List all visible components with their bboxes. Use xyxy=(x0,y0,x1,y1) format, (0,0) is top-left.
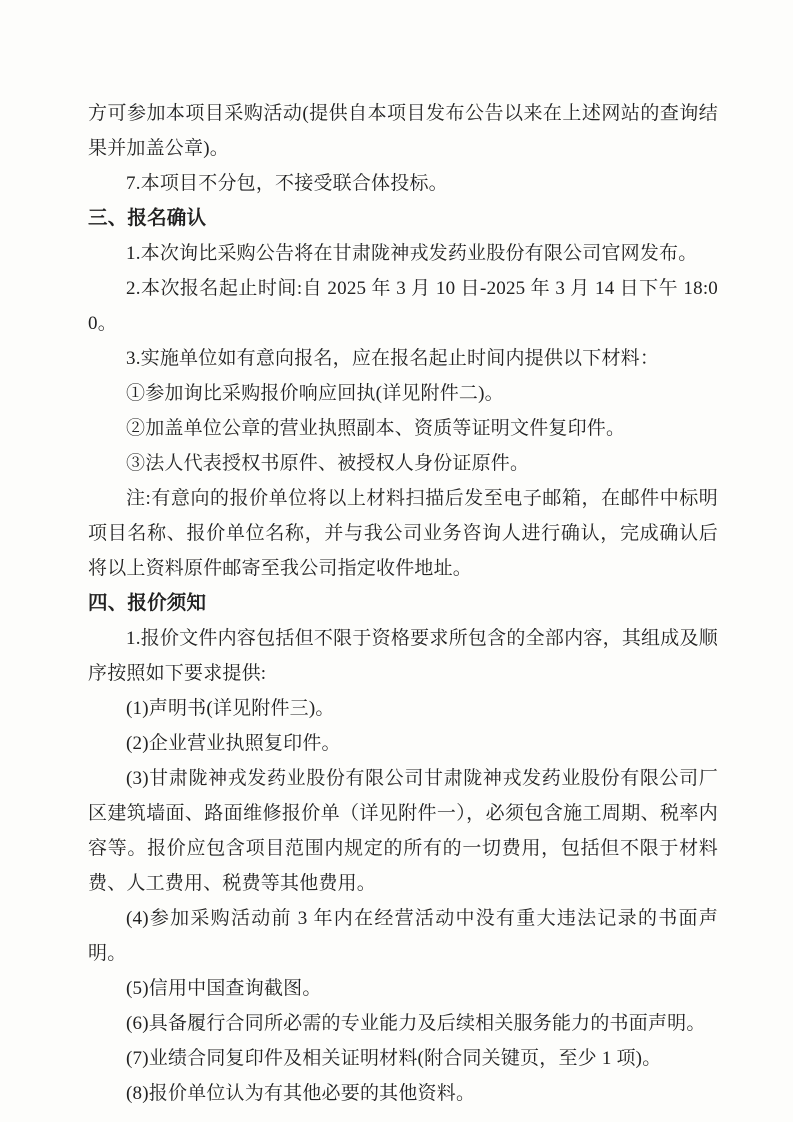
list-item-doc-7: (7)业绩合同复印件及相关证明材料(附合同关键页，至少 1 项)。 xyxy=(88,1041,718,1076)
list-item-material-1: ①参加询比采购报价响应回执(详见附件二)。 xyxy=(88,376,718,411)
section-heading-quotation: 四、报价须知 xyxy=(88,586,718,621)
list-item-doc-3: (3)甘肃陇神戎发药业股份有限公司甘肃陇神戎发药业股份有限公司厂区建筑墙面、路面… xyxy=(88,761,718,901)
paragraph-note: 注:有意向的报价单位将以上材料扫描后发至电子邮箱，在邮件中标明项目名称、报价单位… xyxy=(88,481,718,586)
list-item-announcement: 1.本次询比采购公告将在甘肃陇神戎发药业股份有限公司官网发布。 xyxy=(88,236,718,271)
paragraph-continuation: 方可参加本项目采购活动(提供自本项目发布公告以来在上述网站的查询结果并加盖公章)… xyxy=(88,96,718,166)
list-item-material-2: ②加盖单位公章的营业执照副本、资质等证明文件复印件。 xyxy=(88,411,718,446)
section-heading-registration: 三、报名确认 xyxy=(88,201,718,236)
list-item-material-3: ③法人代表授权书原件、被授权人身份证原件。 xyxy=(88,446,718,481)
list-item-doc-5: (5)信用中国查询截图。 xyxy=(88,971,718,1006)
list-item-quotation-intro: 1.报价文件内容包括但不限于资格要求所包含的全部内容，其组成及顺序按照如下要求提… xyxy=(88,621,718,691)
list-item-doc-4: (4)参加采购活动前 3 年内在经营活动中没有重大违法记录的书面声明。 xyxy=(88,901,718,971)
list-item-materials-intro: 3.实施单位如有意向报名，应在报名起止时间内提供以下材料： xyxy=(88,341,718,376)
list-item-doc-8: (8)报价单位认为有其他必要的其他资料。 xyxy=(88,1076,718,1111)
document-page: 方可参加本项目采购活动(提供自本项目发布公告以来在上述网站的查询结果并加盖公章)… xyxy=(0,0,793,1122)
list-item-doc-2: (2)企业营业执照复印件。 xyxy=(88,726,718,761)
list-item-doc-1: (1)声明书(详见附件三)。 xyxy=(88,691,718,726)
list-item-registration-time: 2.本次报名起止时间:自 2025 年 3 月 10 日-2025 年 3 月 … xyxy=(88,271,718,341)
list-item-no-subcontract: 7.本项目不分包，不接受联合体投标。 xyxy=(88,166,718,201)
list-item-doc-6: (6)具备履行合同所必需的专业能力及后续相关服务能力的书面声明。 xyxy=(88,1006,718,1041)
